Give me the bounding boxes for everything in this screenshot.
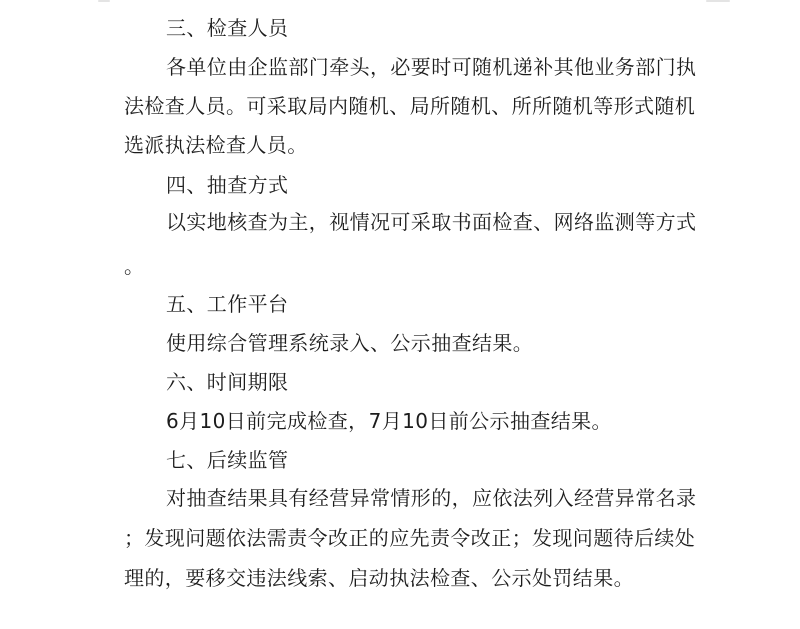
- section-heading-inspectors: 三、检查人员: [166, 16, 288, 40]
- paragraph-line: ；发现问题依法需责令改正的应先责令改正；发现问题待后续处: [124, 526, 695, 550]
- page-corner-mark-left: [98, 0, 110, 2]
- page-corner-mark-right: [706, 0, 730, 2]
- paragraph-line: 使用综合管理系统录入、公示抽查结果。: [166, 331, 533, 355]
- section-heading-platform: 五、工作平台: [166, 292, 288, 316]
- section-heading-follow-up: 七、后续监管: [166, 448, 288, 472]
- paragraph-line: 法检查人员。可采取局内随机、局所随机、所所随机等形式随机: [124, 94, 695, 118]
- paragraph-line: 6月10日前完成检查，7月10日前公示抽查结果。: [166, 409, 612, 433]
- paragraph-line: 理的，要移交违法线索、启动执法检查、公示处罚结果。: [124, 566, 634, 590]
- paragraph-line: 。: [124, 254, 144, 278]
- paragraph-line: 各单位由企监部门牵头，必要时可随机递补其他业务部门执: [166, 55, 696, 79]
- paragraph-line: 以实地核查为主，视情况可采取书面检查、网络监测等方式: [166, 210, 696, 234]
- paragraph-line: 对抽查结果具有经营异常情形的，应依法列入经营异常名录: [166, 486, 696, 510]
- paragraph-line: 选派执法检查人员。: [124, 133, 308, 157]
- section-heading-deadline: 六、时间期限: [166, 370, 288, 394]
- section-heading-method: 四、抽查方式: [166, 173, 288, 197]
